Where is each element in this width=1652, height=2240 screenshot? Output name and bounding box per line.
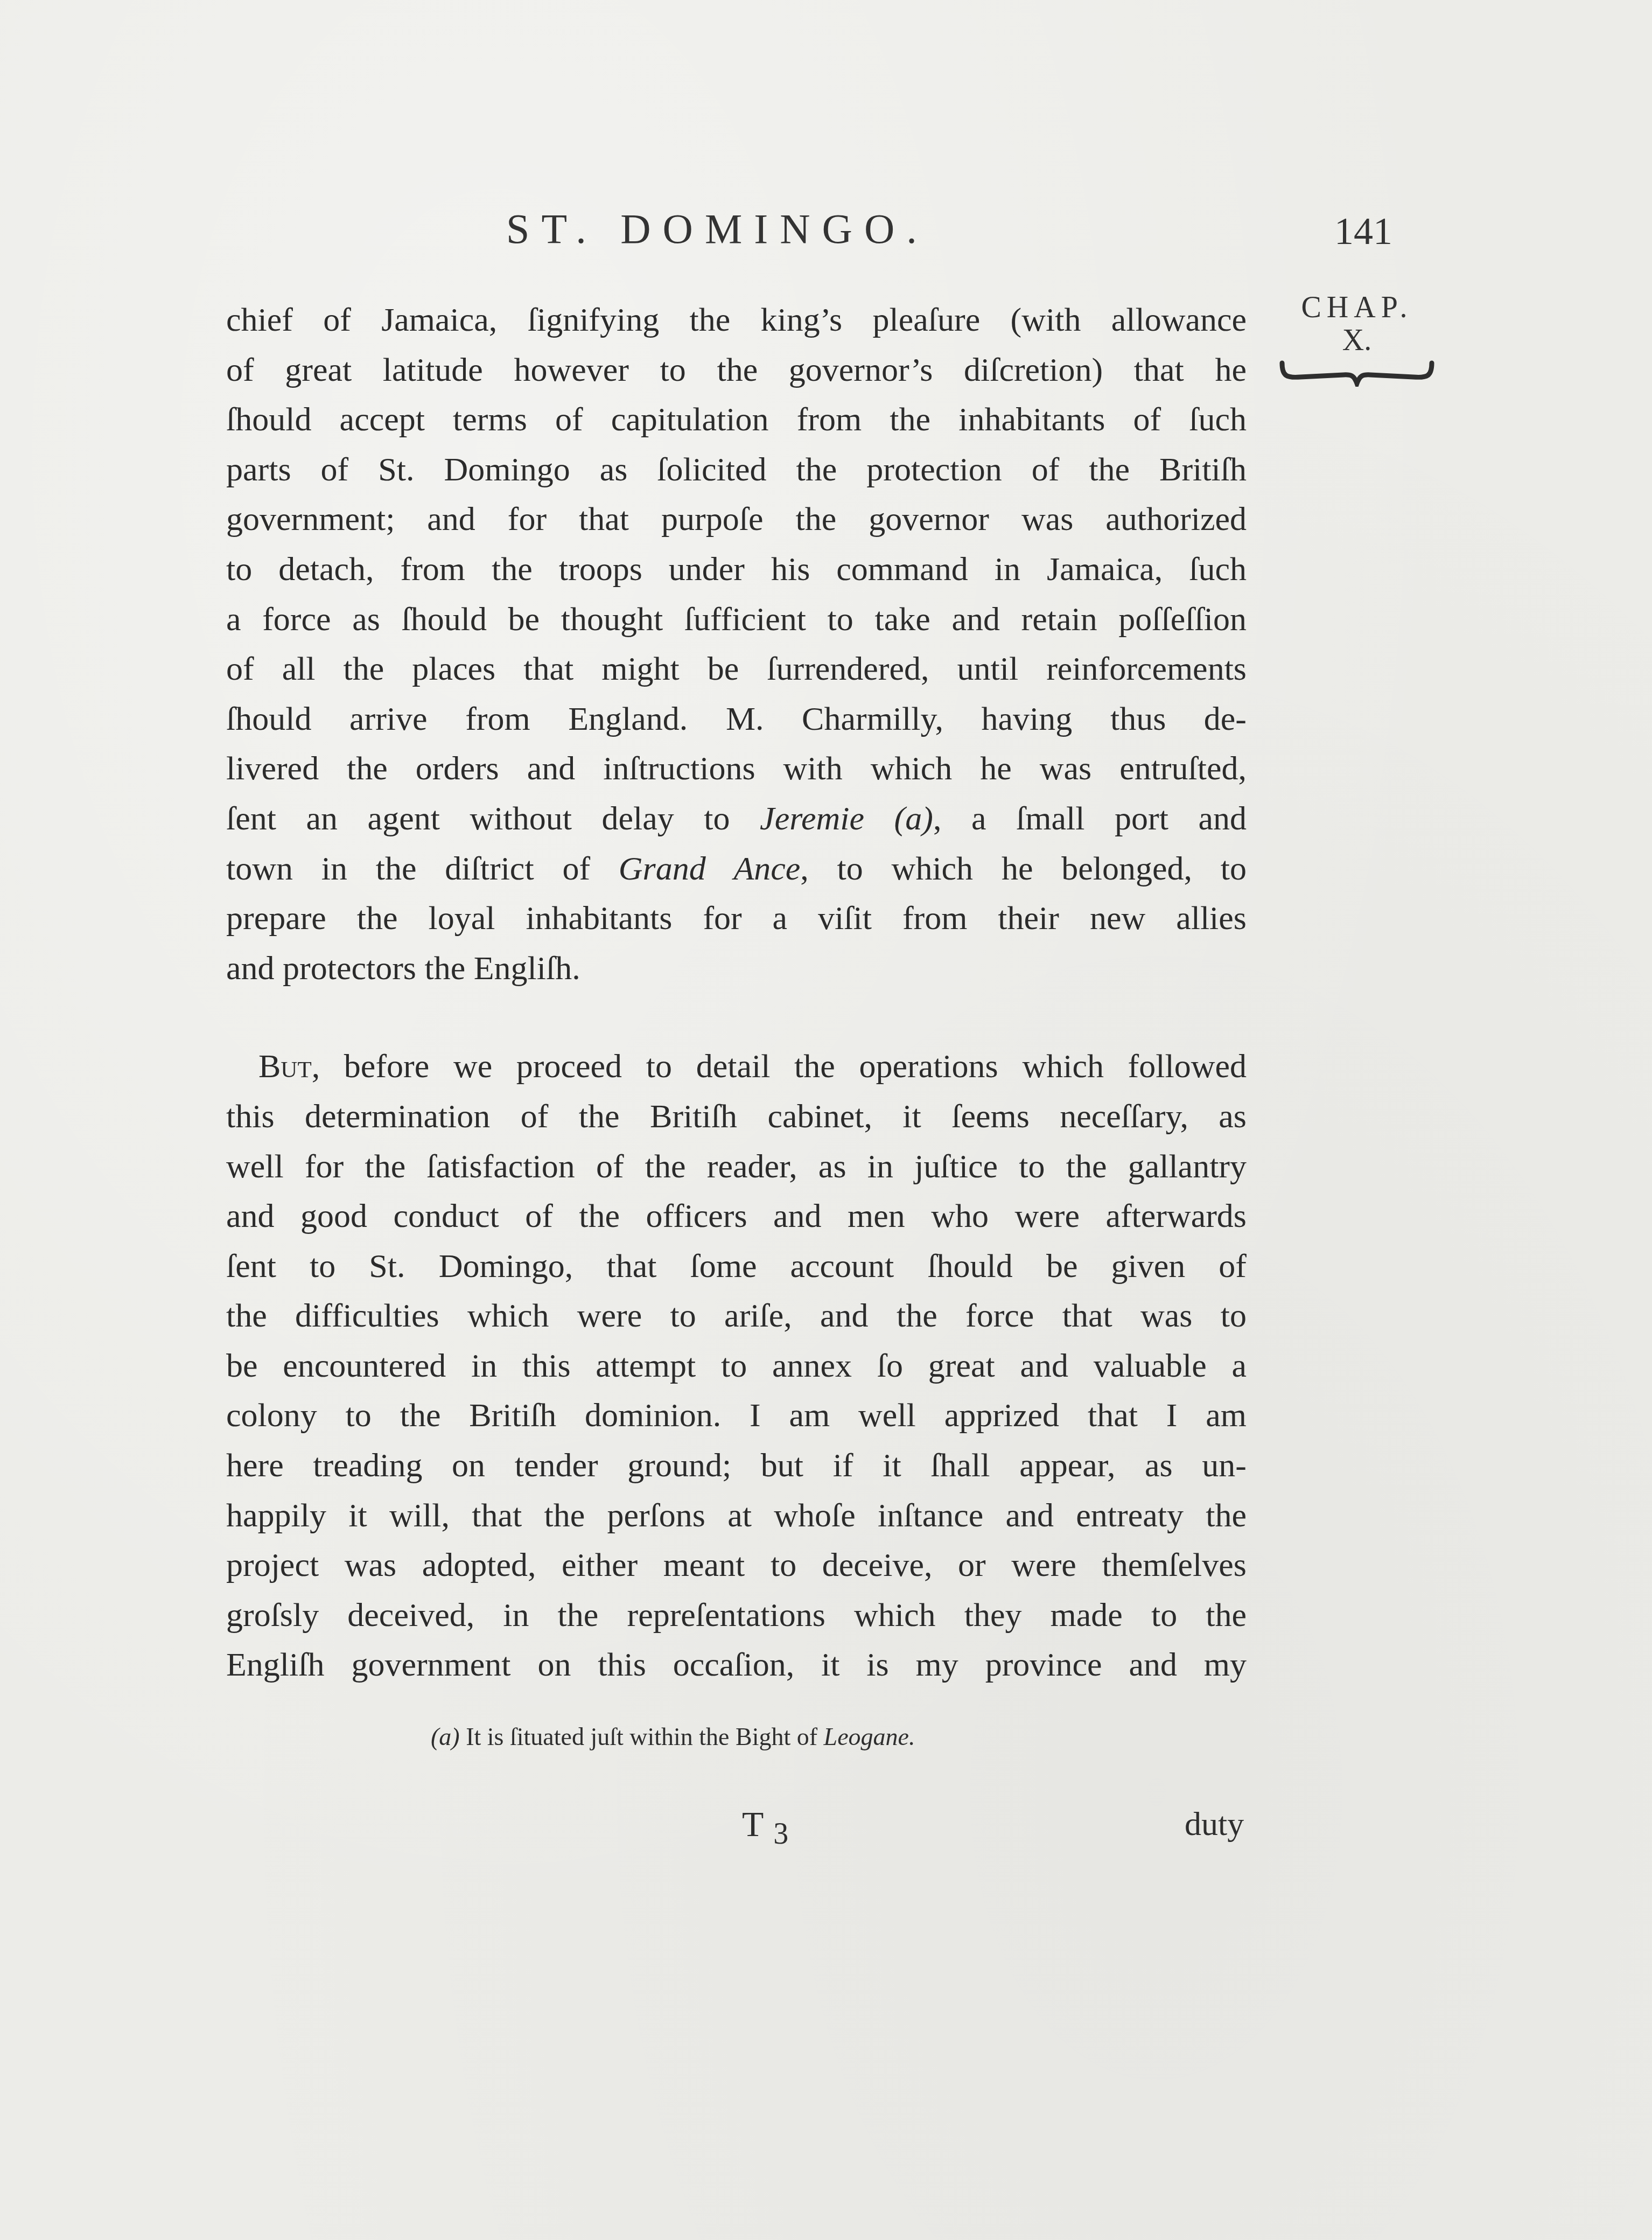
page-number: 141 bbox=[1334, 209, 1392, 254]
footnote: (a) It is ſituated juſt within the Bight… bbox=[431, 1722, 915, 1751]
body-text: chief of Jamaica, ſignifying the king’s … bbox=[226, 295, 1247, 1690]
running-head: ST. DOMINGO. bbox=[506, 205, 929, 253]
text-line: chief of Jamaica, ſignifying the king’s … bbox=[226, 295, 1247, 345]
text-line: and good conduct of the officers and men… bbox=[226, 1191, 1247, 1241]
place-name-grand-ance: Grand Ance bbox=[619, 850, 800, 887]
chapter-margin-note: CHAP. X. bbox=[1279, 291, 1435, 387]
paragraph-gap bbox=[226, 993, 1247, 1042]
text-line: ſent an agent without delay to Jeremie (… bbox=[226, 794, 1247, 844]
text-line: prepare the loyal inhabitants for a viſi… bbox=[226, 894, 1247, 944]
text-line: a force as ſhould be thought ſufficient … bbox=[226, 595, 1247, 645]
text-line: happily it will, that the perſons at who… bbox=[226, 1491, 1247, 1541]
text-line: of all the places that might be ſurrende… bbox=[226, 644, 1247, 694]
text-run: ſent an agent without delay to bbox=[226, 800, 760, 837]
text-run: , to which he belonged, to bbox=[800, 850, 1247, 887]
text-line: ſhould accept terms of capitulation from… bbox=[226, 395, 1247, 445]
text-line: livered the orders and inſtructions with… bbox=[226, 744, 1247, 794]
text-line: Engliſh government on this occaſion, it … bbox=[226, 1640, 1247, 1690]
text-line: parts of St. Domingo as ſolicited the pr… bbox=[226, 445, 1247, 495]
catchword: duty bbox=[1185, 1805, 1244, 1844]
signature-number: 3 bbox=[773, 1817, 788, 1851]
text-line: and protectors the Engliſh. bbox=[226, 944, 1247, 994]
text-line: the difficulties which were to ariſe, an… bbox=[226, 1291, 1247, 1341]
text-line: of great latitude however to the governo… bbox=[226, 345, 1247, 395]
paragraph-2: But, before we proceed to detail the ope… bbox=[226, 1042, 1247, 1690]
text-line: to detach, from the troops under his com… bbox=[226, 545, 1247, 595]
text-line: well for the ſatisfaction of the reader,… bbox=[226, 1142, 1247, 1192]
text-run: , a ſmall port and bbox=[933, 800, 1247, 837]
text-line: ſent to St. Domingo, that ſome account ſ… bbox=[226, 1241, 1247, 1292]
curly-brace-icon bbox=[1279, 360, 1435, 387]
text-line: town in the diſtrict of Grand Ance, to w… bbox=[226, 844, 1247, 894]
text-line: But, before we proceed to detail the ope… bbox=[226, 1042, 1247, 1092]
text-line: colony to the Britiſh dominion. I am wel… bbox=[226, 1391, 1247, 1441]
text-line: ſhould arrive from England. M. Charmilly… bbox=[226, 694, 1247, 744]
text-line: project was adopted, either meant to dec… bbox=[226, 1540, 1247, 1590]
text-line: groſsly deceived, in the repreſentations… bbox=[226, 1590, 1247, 1641]
footnote-text: It is ſituated juſt within the Bight of bbox=[460, 1723, 824, 1750]
chapter-label: CHAP. bbox=[1279, 291, 1435, 324]
chapter-number: X. bbox=[1279, 324, 1435, 357]
text-line: be encountered in this attempt to annex … bbox=[226, 1341, 1247, 1391]
text-line: this determination of the Britiſh cabine… bbox=[226, 1092, 1247, 1142]
signature-letter: T bbox=[742, 1805, 764, 1844]
text-run: town in the diſtrict of bbox=[226, 850, 619, 887]
footnote-marker: (a) bbox=[431, 1723, 460, 1750]
place-name-jeremie: Jeremie (a) bbox=[760, 800, 933, 837]
text-run: , before we proceed to detail the operat… bbox=[312, 1048, 1247, 1085]
text-line: government; and for that purpoſe the gov… bbox=[226, 494, 1247, 545]
footnote-place-name: Leogane. bbox=[824, 1723, 915, 1750]
lead-small-caps: But bbox=[258, 1048, 312, 1085]
text-line: here treading on tender ground; but if i… bbox=[226, 1441, 1247, 1491]
paragraph-1: chief of Jamaica, ſignifying the king’s … bbox=[226, 295, 1247, 993]
signature-mark: T3 bbox=[742, 1804, 788, 1851]
